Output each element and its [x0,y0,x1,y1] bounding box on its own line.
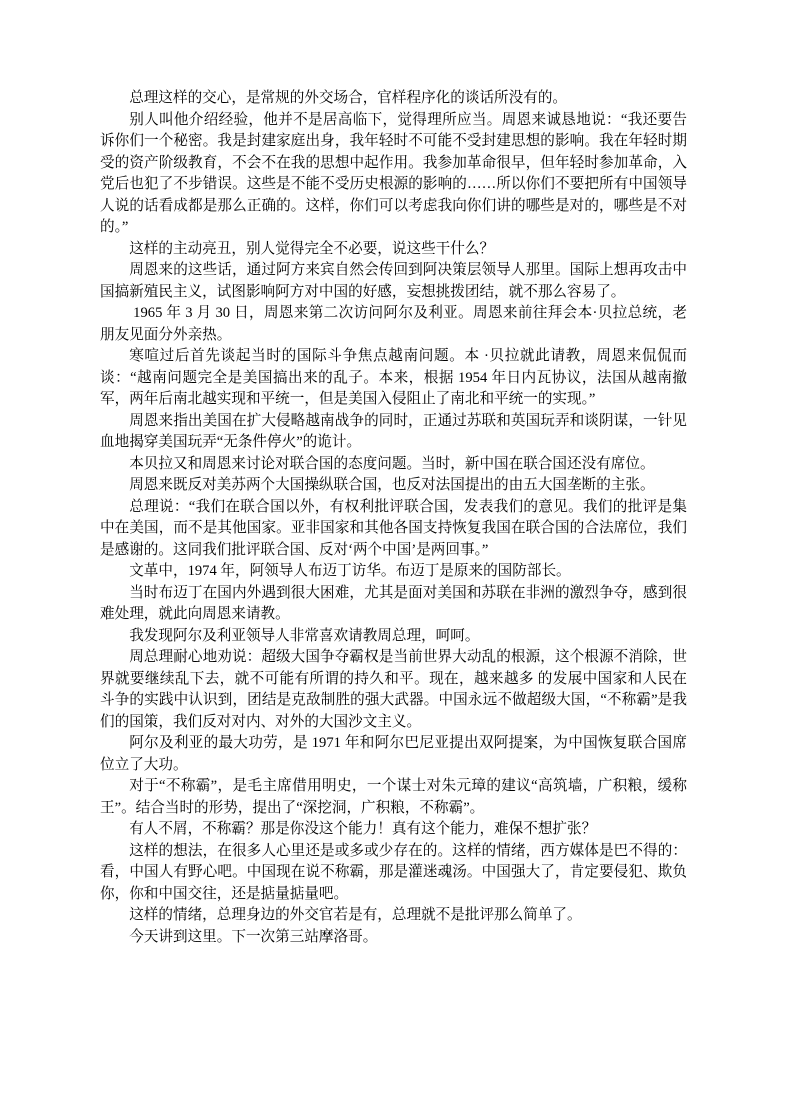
paragraph: 周恩来指出美国在扩大侵略越南战争的同时，正通过苏联和英国玩弄和谈阴谋，一针见血地… [100,411,687,454]
document-page: 总理这样的交心，是常规的外交场合，官样程序化的谈话所没有的。别人叫他介绍经验，他… [0,0,800,1100]
paragraph: 周恩来既反对美苏两个大国操纵联合国，也反对法国提出的由五大国垄断的主张。 [100,475,687,497]
paragraph: 这样的情绪，总理身边的外交官若是有，总理就不是批评那么简单了。 [100,905,687,927]
paragraph: 阿尔及利亚的最大功劳，是 1971 年和阿尔巴尼亚提出双阿提案，为中国恢复联合国… [100,733,687,776]
document-body: 总理这样的交心，是常规的外交场合，官样程序化的谈话所没有的。别人叫他介绍经验，他… [100,88,687,948]
paragraph: 本贝拉又和周恩来讨论对联合国的态度问题。当时，新中国在联合国还没有席位。 [100,454,687,476]
paragraph: 这样的主动亮丑，别人觉得完全不必要，说这些干什么？ [100,239,687,261]
paragraph: 周总理耐心地劝说：超级大国争夺霸权是当前世界大动乱的根源，这个根源不消除，世界就… [100,647,687,733]
paragraph: 1965 年 3 月 30 日，周恩来第二次访问阿尔及利亚。周恩来前往拜会本·贝… [100,303,687,346]
paragraph: 我发现阿尔及利亚领导人非常喜欢请教周总理，呵呵。 [100,626,687,648]
paragraph: 总理说：“我们在联合国以外，有权利批评联合国，发表我们的意见。我们的批评是集中在… [100,497,687,562]
paragraph: 当时布迈丁在国内外遇到很大困难，尤其是面对美国和苏联在非洲的激烈争夺，感到很难处… [100,583,687,626]
paragraph: 这样的想法，在很多人心里还是或多或少存在的。这样的情绪，西方媒体是巴不得的：看，… [100,841,687,906]
paragraph: 寒喧过后首先谈起当时的国际斗争焦点越南问题。本 ·贝拉就此请教，周恩来侃侃而谈：… [100,346,687,411]
paragraph: 有人不屑，不称霸？那是你没这个能力！真有这个能力，难保不想扩张？ [100,819,687,841]
paragraph: 别人叫他介绍经验，他并不是居高临下，觉得理所应当。周恩来诚恳地说：“我还要告诉你… [100,110,687,239]
paragraph: 今天讲到这里。下一次第三站摩洛哥。 [100,927,687,949]
paragraph: 文革中，1974 年，阿领导人布迈丁访华。布迈丁是原来的国防部长。 [100,561,687,583]
paragraph: 对于“不称霸”，是毛主席借用明史，一个谋士对朱元璋的建议“高筑墙，广积粮，缓称王… [100,776,687,819]
paragraph: 总理这样的交心，是常规的外交场合，官样程序化的谈话所没有的。 [100,88,687,110]
paragraph: 周恩来的这些话，通过阿方来宾自然会传回到阿决策层领导人那里。国际上想再攻击中国搞… [100,260,687,303]
